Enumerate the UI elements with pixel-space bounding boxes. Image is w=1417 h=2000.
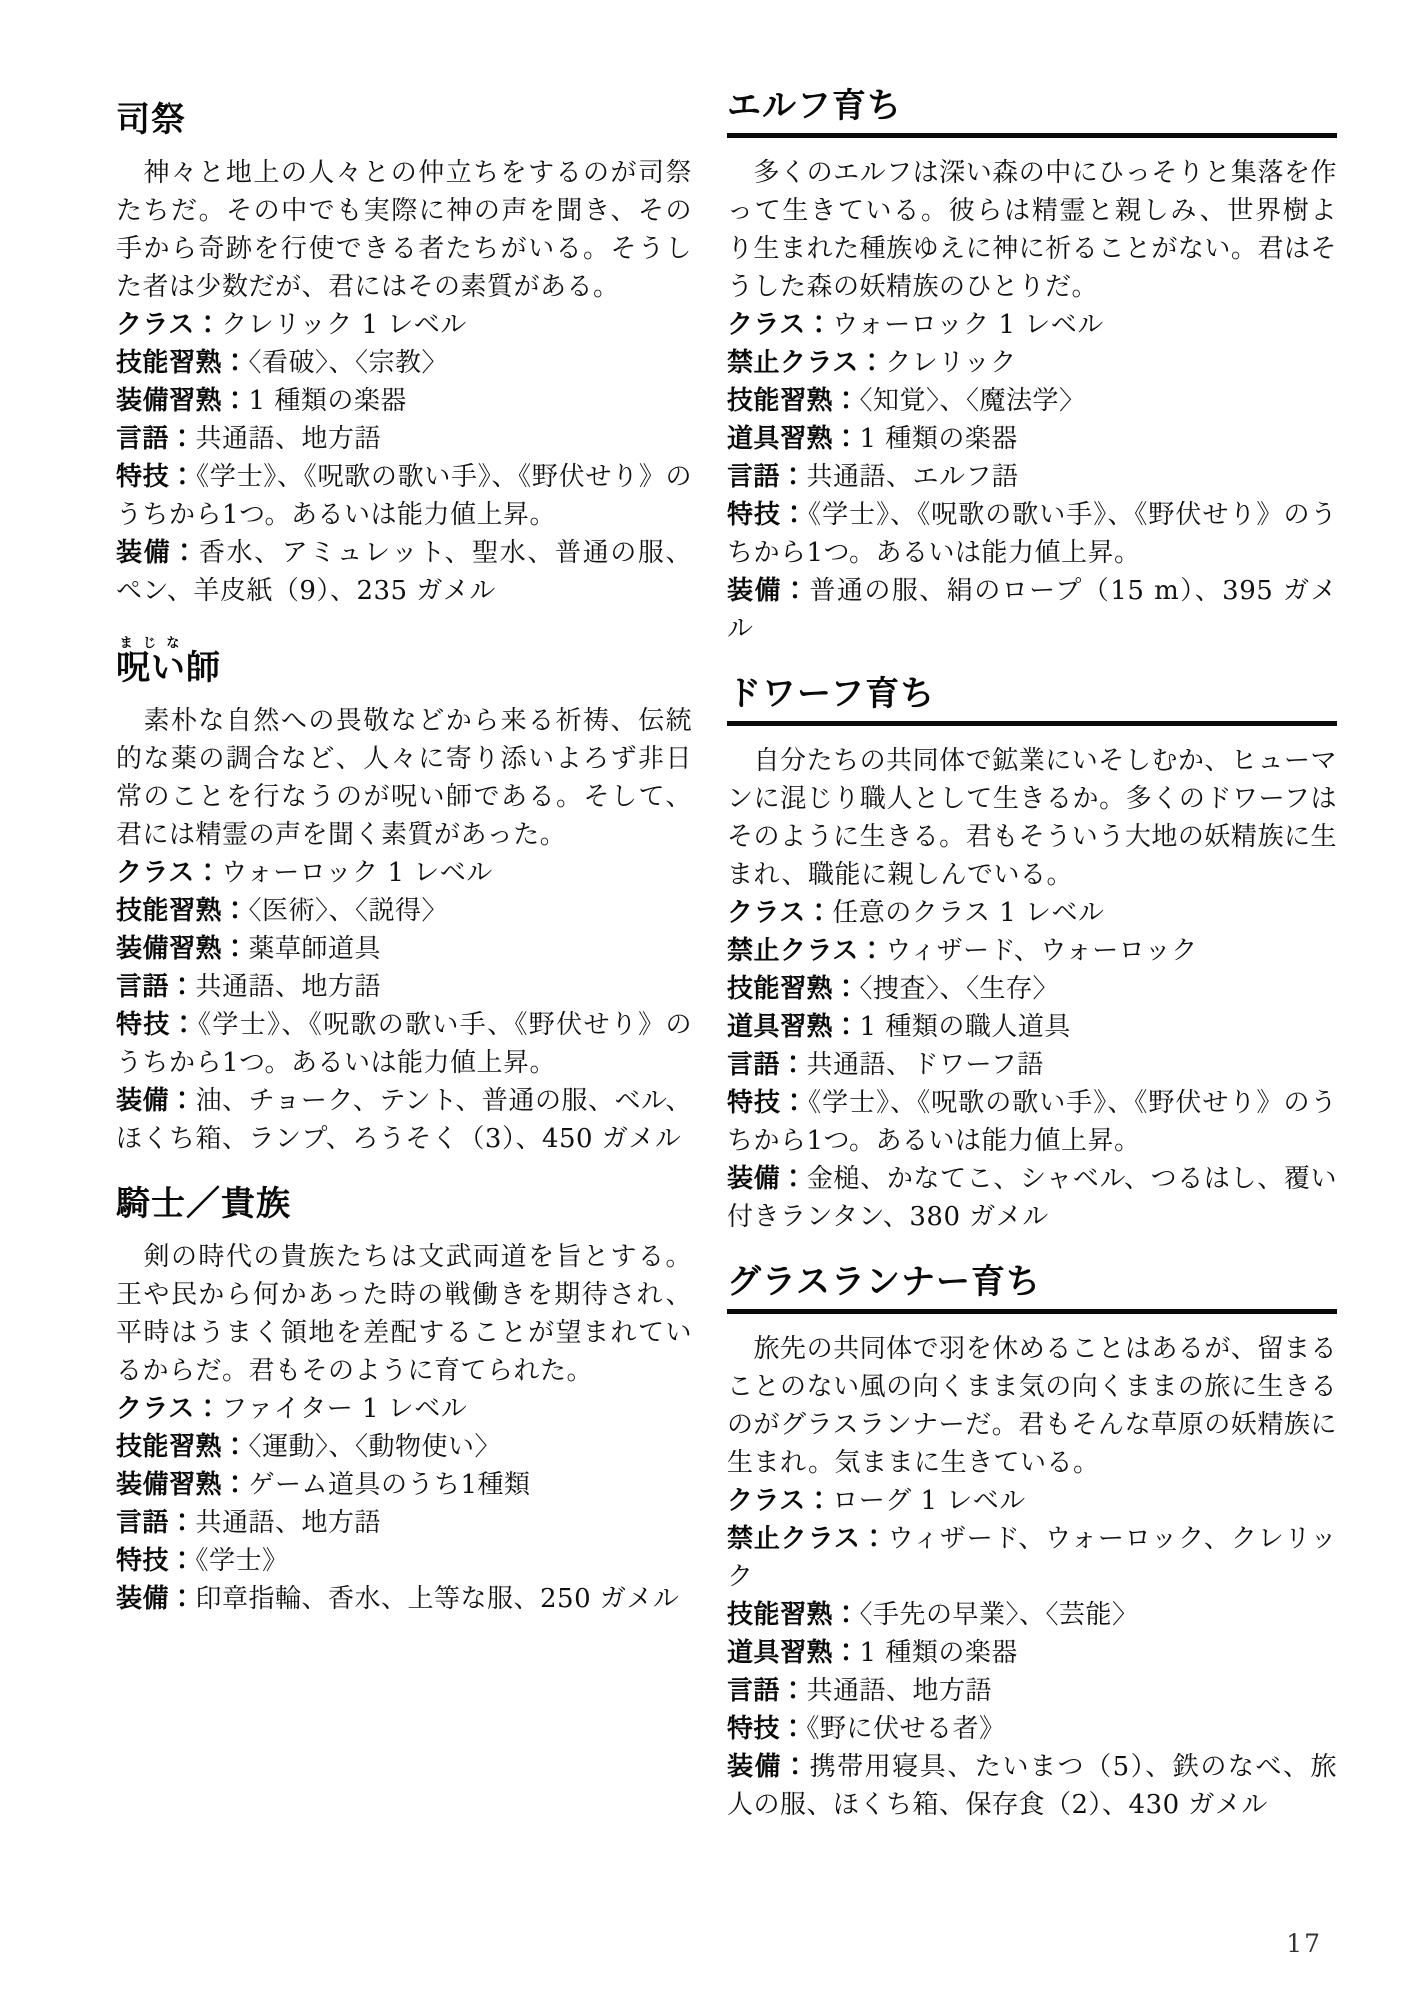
- stat-label: 装備：: [727, 1752, 810, 1782]
- stat-label: 言語：: [116, 424, 196, 454]
- stat-value: クレリック 1 レベル: [221, 310, 467, 340]
- section-title-ruby-text: まじな: [116, 636, 186, 651]
- stat-value: ウィザード、ウォーロック: [885, 936, 1198, 966]
- stat-label: 装備：: [727, 576, 809, 606]
- section-title-rest: 師: [186, 648, 221, 688]
- stat-value: 《学士》、《呪歌の歌い手》、《野伏せり》のうちから1つ。あるいは能力値上昇。: [116, 462, 692, 530]
- stat-line: クラス：ローグ 1 レベル: [727, 1482, 1337, 1520]
- stat-line: クラス：ウォーロック 1 レベル: [116, 854, 692, 892]
- stat-line: 特技：《学士》、《呪歌の歌い手》、《野伏せり》のうちから1つ。あるいは能力値上昇…: [727, 496, 1337, 572]
- stat-line: 技能習熟：〈看破〉、〈宗教〉: [116, 344, 692, 382]
- stat-line: 装備：油、チョーク、テント、普通の服、ベル、ほくち箱、ランプ、ろうそく（3）、4…: [116, 1082, 692, 1158]
- section-body: 素朴な自然への畏敬などから来る祈祷、伝統的な薬の調合など、人々に寄り添いよろず非…: [116, 702, 692, 854]
- stat-label: 装備：: [116, 1086, 196, 1116]
- stat-label: 技能習熟：: [116, 896, 249, 926]
- stat-value: 金槌、かなてこ、シャベル、つるはし、覆い付きランタン、380 ガメル: [727, 1164, 1337, 1232]
- stat-line: 装備：香水、アミュレット、聖水、普通の服、ペン、羊皮紙（9）、235 ガメル: [116, 534, 692, 610]
- stat-value: 1 種類の楽器: [860, 424, 1018, 454]
- stat-label: 禁止クラス：: [727, 348, 885, 378]
- stat-value: ローグ 1 レベル: [832, 1486, 1026, 1516]
- stat-line: 装備：普通の服、絹のロープ（15 m）、395 ガメル: [727, 572, 1337, 648]
- stat-value: 1 種類の職人道具: [860, 1012, 1071, 1042]
- section-title: グラスランナー育ち: [727, 1262, 1337, 1314]
- stat-line: 特技：《野に伏せる者》: [727, 1710, 1337, 1748]
- stat-line: 禁止クラス：クレリック: [727, 344, 1337, 382]
- section-body: 神々と地上の人々との仲立ちをするのが司祭たちだ。その中でも実際に神の声を聞き、そ…: [116, 154, 692, 306]
- stat-label: 特技：: [727, 1714, 807, 1744]
- section-title: エルフ育ち: [727, 86, 1337, 138]
- stat-label: 言語：: [727, 1050, 807, 1080]
- stat-line: 言語：共通語、地方語: [727, 1672, 1337, 1710]
- stat-line: 禁止クラス：ウィザード、ウォーロック、クレリック: [727, 1520, 1337, 1596]
- stat-line: クラス：任意のクラス 1 レベル: [727, 894, 1337, 932]
- stat-value: 共通語、ドワーフ語: [807, 1050, 1044, 1080]
- section-dwarf-sodachi: ドワーフ育ち 自分たちの共同体で鉱業にいそしむか、ヒューマンに混じり職人として生…: [727, 674, 1337, 1236]
- stat-value: 〈捜査〉、〈生存〉: [860, 974, 1060, 1004]
- stat-label: 道具習熟：: [727, 1012, 860, 1042]
- stat-label: 禁止クラス：: [727, 936, 885, 966]
- section-title: 呪いまじな師: [116, 636, 692, 688]
- stat-label: 特技：: [727, 500, 808, 530]
- stat-line: 装備：印章指輪、香水、上等な服、250 ガメル: [116, 1580, 692, 1618]
- stat-label: 装備習熟：: [116, 934, 249, 964]
- section-body: 剣の時代の貴族たちは文武両道を旨とする。王や民から何かあった時の戦働きを期待され…: [116, 1238, 692, 1390]
- stat-label: 言語：: [116, 972, 196, 1002]
- stat-label: クラス：: [116, 1394, 221, 1424]
- stat-line: 技能習熟：〈手先の早業〉、〈芸能〉: [727, 1596, 1337, 1634]
- stat-value: 〈手先の早業〉、〈芸能〉: [860, 1600, 1139, 1630]
- section-title: ドワーフ育ち: [727, 674, 1337, 726]
- stat-label: 技能習熟：: [727, 386, 860, 416]
- stat-label: 特技：: [116, 1010, 198, 1040]
- stat-value: 任意のクラス 1 レベル: [832, 898, 1104, 928]
- stat-label: 特技：: [116, 1546, 196, 1576]
- section-elf-sodachi: エルフ育ち 多くのエルフは深い森の中にひっそりと集落を作って生きている。彼らは精…: [727, 86, 1337, 648]
- stat-line: 装備習熟：薬草師道具: [116, 930, 692, 968]
- stat-value: ファイター 1 レベル: [221, 1394, 467, 1424]
- stat-label: 言語：: [116, 1508, 196, 1538]
- stat-line: 言語：共通語、地方語: [116, 1504, 692, 1542]
- stat-label: 装備：: [116, 1584, 196, 1614]
- stat-value: 共通語、地方語: [807, 1676, 993, 1706]
- stat-line: 特技：《学士》: [116, 1542, 692, 1580]
- stat-label: 道具習熟：: [727, 1638, 860, 1668]
- stat-line: 装備：金槌、かなてこ、シャベル、つるはし、覆い付きランタン、380 ガメル: [727, 1160, 1337, 1236]
- stat-line: 言語：共通語、エルフ語: [727, 458, 1337, 496]
- section-majinaishi: 呪いまじな師 素朴な自然への畏敬などから来る祈祷、伝統的な薬の調合など、人々に寄…: [116, 636, 692, 1158]
- stat-line: クラス：ウォーロック 1 レベル: [727, 306, 1337, 344]
- section-kishi-kizoku: 騎士／貴族 剣の時代の貴族たちは文武両道を旨とする。王や民から何かあった時の戦働…: [116, 1184, 692, 1618]
- stat-label: クラス：: [727, 310, 832, 340]
- stat-line: 道具習熟：1 種類の楽器: [727, 1634, 1337, 1672]
- stat-value: 1 種類の楽器: [860, 1638, 1018, 1668]
- stat-value: 油、チョーク、テント、普通の服、ベル、ほくち箱、ランプ、ろうそく（3）、450 …: [116, 1086, 692, 1154]
- stat-value: 共通語、エルフ語: [807, 462, 1019, 492]
- stat-label: 技能習熟：: [116, 1432, 249, 1462]
- stat-label: 技能習熟：: [727, 1600, 860, 1630]
- stat-line: 道具習熟：1 種類の楽器: [727, 420, 1337, 458]
- stat-value: 1 種類の楽器: [249, 386, 407, 416]
- stat-label: 装備：: [116, 538, 199, 568]
- stat-value: 《野に伏せる者》: [807, 1714, 1006, 1744]
- stat-value: クレリック: [885, 348, 1016, 378]
- section-body: 旅先の共同体で羽を休めることはあるが、留まることのない風の向くまま気の向くままの…: [727, 1330, 1337, 1482]
- stat-label: 装備：: [727, 1164, 807, 1194]
- stat-value: ゲーム道具のうち1種類: [249, 1470, 531, 1500]
- stat-value: 《学士》、《呪歌の歌い手》、《野伏せり》のうちから1つ。あるいは能力値上昇。: [727, 1088, 1337, 1156]
- stat-label: 特技：: [727, 1088, 808, 1118]
- stat-label: クラス：: [727, 1486, 832, 1516]
- stat-label: 装備習熟：: [116, 386, 249, 416]
- stat-value: 〈知覚〉、〈魔法学〉: [860, 386, 1086, 416]
- stat-label: クラス：: [727, 898, 832, 928]
- stat-line: 禁止クラス：ウィザード、ウォーロック: [727, 932, 1337, 970]
- stat-line: 技能習熟：〈知覚〉、〈魔法学〉: [727, 382, 1337, 420]
- stat-line: 装備習熟：1 種類の楽器: [116, 382, 692, 420]
- stat-value: 印章指輪、香水、上等な服、250 ガメル: [196, 1584, 680, 1614]
- stat-value: 〈運動〉、〈動物使い〉: [249, 1432, 502, 1462]
- stat-line: 装備：携帯用寝具、たいまつ（5）、鉄のなべ、旅人の服、ほくち箱、保存食（2）、4…: [727, 1748, 1337, 1824]
- stat-line: 言語：共通語、ドワーフ語: [727, 1046, 1337, 1084]
- stat-value: 携帯用寝具、たいまつ（5）、鉄のなべ、旅人の服、ほくち箱、保存食（2）、430 …: [727, 1752, 1337, 1820]
- stat-value: 共通語、地方語: [196, 972, 382, 1002]
- stat-value: 《学士》: [196, 1546, 289, 1576]
- stat-value: 〈看破〉、〈宗教〉: [249, 348, 449, 378]
- stat-line: 技能習熟：〈捜査〉、〈生存〉: [727, 970, 1337, 1008]
- stat-label: 禁止クラス：: [727, 1524, 888, 1554]
- document-page: 司祭 神々と地上の人々との仲立ちをするのが司祭たちだ。その中でも実際に神の声を聞…: [0, 0, 1417, 2000]
- stat-label: 技能習熟：: [116, 348, 249, 378]
- stat-label: 装備習熟：: [116, 1470, 249, 1500]
- stat-label: 言語：: [727, 1676, 807, 1706]
- stat-line: 言語：共通語、地方語: [116, 968, 692, 1006]
- stat-line: 言語：共通語、地方語: [116, 420, 692, 458]
- stat-line: クラス：ファイター 1 レベル: [116, 1390, 692, 1428]
- stat-label: 道具習熟：: [727, 424, 860, 454]
- stat-line: 技能習熟：〈医術〉、〈説得〉: [116, 892, 692, 930]
- stat-label: 言語：: [727, 462, 807, 492]
- section-title: 司祭: [116, 100, 692, 140]
- left-column: 司祭 神々と地上の人々との仲立ちをするのが司祭たちだ。その中でも実際に神の声を聞…: [116, 100, 692, 1618]
- stat-label: 特技：: [116, 462, 196, 492]
- stat-value: 薬草師道具: [249, 934, 382, 964]
- section-body: 自分たちの共同体で鉱業にいそしむか、ヒューマンに混じり職人として生きるか。多くの…: [727, 742, 1337, 894]
- stat-line: 技能習熟：〈運動〉、〈動物使い〉: [116, 1428, 692, 1466]
- stat-line: 特技：《学士》、《呪歌の歌い手》、《野伏せり》のうちから1つ。あるいは能力値上昇…: [116, 458, 692, 534]
- stat-value: 《学士》、《呪歌の歌い手》、《野伏せり》のうちから1つ。あるいは能力値上昇。: [727, 500, 1337, 568]
- stat-value: 普通の服、絹のロープ（15 m）、395 ガメル: [727, 576, 1337, 644]
- stat-line: 装備習熟：ゲーム道具のうち1種類: [116, 1466, 692, 1504]
- stat-label: クラス：: [116, 310, 221, 340]
- stat-value: 〈医術〉、〈説得〉: [249, 896, 449, 926]
- stat-label: 技能習熟：: [727, 974, 860, 1004]
- stat-value: 《学士》、《呪歌の歌い手、《野伏せり》のうちから1つ。あるいは能力値上昇。: [116, 1010, 692, 1078]
- section-shisai: 司祭 神々と地上の人々との仲立ちをするのが司祭たちだ。その中でも実際に神の声を聞…: [116, 100, 692, 610]
- stat-line: 特技：《学士》、《呪歌の歌い手》、《野伏せり》のうちから1つ。あるいは能力値上昇…: [727, 1084, 1337, 1160]
- stat-line: 道具習熟：1 種類の職人道具: [727, 1008, 1337, 1046]
- section-grassrunner-sodachi: グラスランナー育ち 旅先の共同体で羽を休めることはあるが、留まることのない風の向…: [727, 1262, 1337, 1824]
- stat-value: 香水、アミュレット、聖水、普通の服、ペン、羊皮紙（9）、235 ガメル: [116, 538, 692, 606]
- stat-value: 共通語、地方語: [196, 1508, 382, 1538]
- stat-label: クラス：: [116, 858, 221, 888]
- section-body: 多くのエルフは深い森の中にひっそりと集落を作って生きている。彼らは精霊と親しみ、…: [727, 154, 1337, 306]
- stat-value: ウォーロック 1 レベル: [221, 858, 493, 888]
- stat-value: 共通語、地方語: [196, 424, 382, 454]
- page-number: 17: [1286, 1929, 1322, 1958]
- section-title-ruby: 呪いまじな: [116, 648, 186, 688]
- right-column: エルフ育ち 多くのエルフは深い森の中にひっそりと集落を作って生きている。彼らは精…: [727, 86, 1337, 1824]
- stat-line: 特技：《学士》、《呪歌の歌い手、《野伏せり》のうちから1つ。あるいは能力値上昇。: [116, 1006, 692, 1082]
- stat-value: ウォーロック 1 レベル: [832, 310, 1104, 340]
- stat-line: クラス：クレリック 1 レベル: [116, 306, 692, 344]
- section-title-ruby-base: 呪い: [116, 648, 186, 688]
- section-title: 騎士／貴族: [116, 1184, 692, 1224]
